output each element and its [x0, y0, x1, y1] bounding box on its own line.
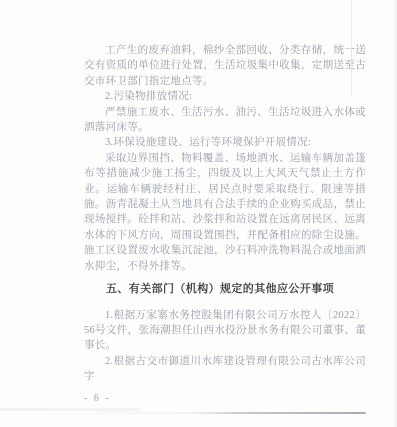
paragraph-appointment-2: 2.根据古交市御道川水库建设管理有限公司古水库公司字 [84, 354, 366, 385]
paragraph-env-protection-measures: 采取边界围挡、物料覆盖、场地洒水、运输车辆加盖篷布等措施减少施工扬尘，四级及以上… [84, 151, 366, 274]
scan-artifact-line [50, 412, 366, 414]
paragraph-pollutant-discharge: 严禁施工废水、生活污水、油污、生活垃圾进入水体或洒落河床等。 [84, 105, 366, 136]
scan-edge-shading [392, 0, 397, 427]
document-body: 工产生的废弃油料，棉纱全部回收、分类存储，统一送交有资质的单位进行处置，生活垃圾… [84, 43, 366, 385]
document-page: 工产生的废弃油料，棉纱全部回收、分类存储，统一送交有资质的单位进行处置，生活垃圾… [0, 0, 397, 427]
scan-crease-line [351, 0, 352, 96]
paragraph-env-protection-title: 3.环保设施建设、运行等环境保护开展情况: [84, 135, 366, 150]
section-heading: 五、有关部门（机构）规定的其他应公开事项 [84, 282, 366, 297]
paragraph-waste-disposal: 工产生的废弃油料，棉纱全部回收、分类存储，统一送交有资质的单位进行处置，生活垃圾… [84, 43, 366, 89]
paragraph-pollutant-discharge-title: 2.污染物排放情况: [84, 89, 366, 104]
page-number: - 6 - [84, 393, 111, 404]
scan-smudge [0, 408, 140, 411]
paragraph-appointment-1: 1.根据万家寨水务控股集团有限公司万水控人〔2022〕56号文件，张海潮担任山西… [84, 308, 366, 354]
